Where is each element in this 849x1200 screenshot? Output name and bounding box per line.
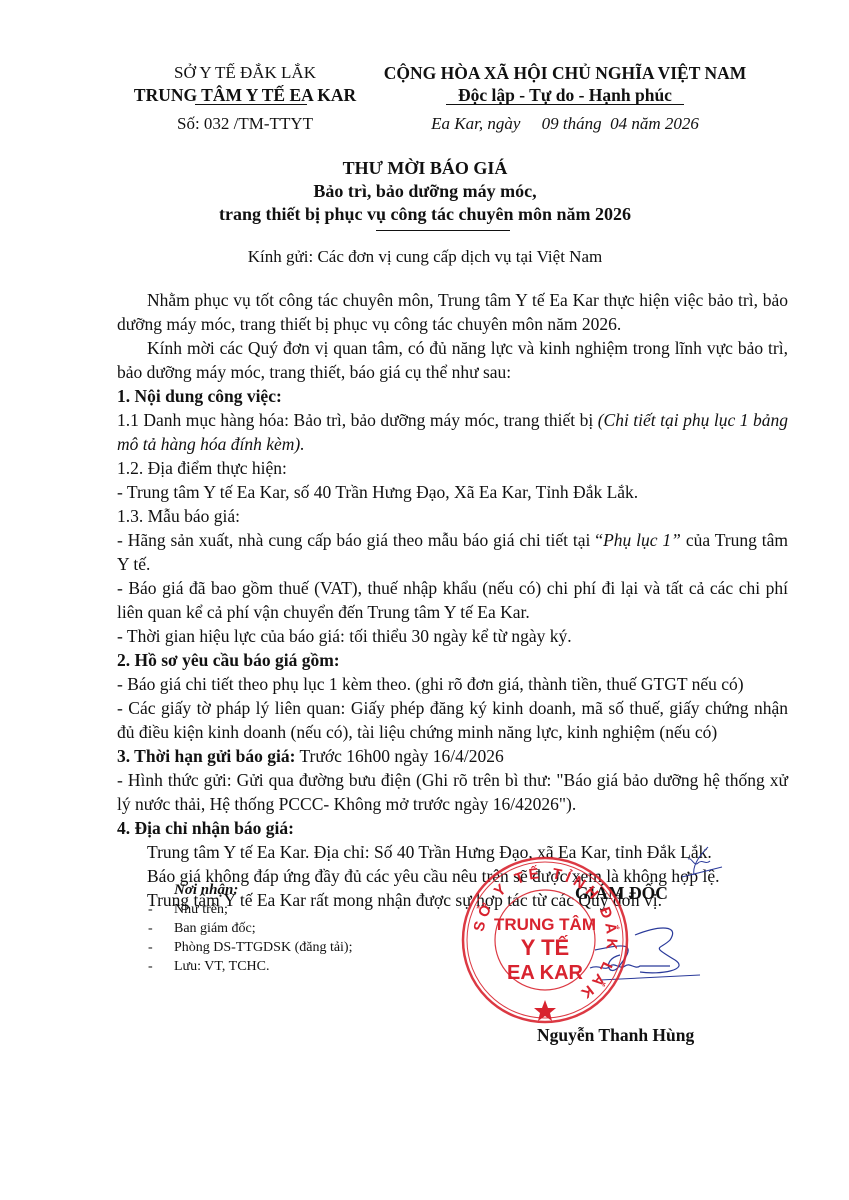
item-2-a: - Báo giá chi tiết theo phụ lục 1 kèm th… [117, 672, 788, 696]
item-1-3-a: - Hãng sản xuất, nhà cung cấp báo giá th… [117, 528, 788, 576]
motto: Độc lập - Tự do - Hạnh phúc [375, 84, 755, 106]
doc-number: Số: 032 /TM-TTYT [95, 113, 395, 135]
signer-name: Nguyễn Thanh Hùng [537, 1025, 694, 1046]
section-3-heading: 3. Thời hạn gửi báo giá: [117, 746, 295, 766]
recipients-title: Nơi nhận: [174, 881, 353, 900]
section-3-deadline: Trước 16h00 ngày 16/4/2026 [295, 746, 503, 766]
motto-underline [446, 104, 684, 105]
recipient-text: Phòng DS-TTGDSK (đăng tải); [174, 938, 353, 957]
item-1-3-b: - Báo giá đã bao gồm thuế (VAT), thuế nh… [117, 576, 788, 624]
recipient-text: Lưu: VT, TCHC. [174, 957, 269, 976]
section-3: 3. Thời hạn gửi báo giá: Trước 16h00 ngà… [117, 744, 788, 768]
item-1-2-label: 1.2. Địa điểm thực hiện: [117, 456, 788, 480]
doc-subtitle-1: Bảo trì, bảo dưỡng máy móc, [100, 180, 750, 203]
svg-text:TRUNG TÂM: TRUNG TÂM [494, 915, 596, 934]
title-block: THƯ MỜI BÁO GIÁ Bảo trì, bảo dưỡng máy m… [100, 157, 750, 226]
org-underline [195, 104, 307, 105]
doc-subtitle-2: trang thiết bị phục vụ công tác chuyên m… [100, 203, 750, 226]
section-2-heading: 2. Hồ sơ yêu cầu báo giá gồm: [117, 648, 788, 672]
item-1-2-value: - Trung tâm Y tế Ea Kar, số 40 Trần Hưng… [117, 480, 788, 504]
svg-text:EA KAR: EA KAR [507, 962, 583, 984]
recipient-item: -Lưu: VT, TCHC. [148, 957, 353, 976]
intro-paragraph-2: Kính mời các Quý đơn vị quan tâm, có đủ … [117, 336, 788, 384]
official-seal-icon: SỞ Y TẾ TỈNH ĐẮK LẮK TRUNG TÂM Y TẾ EA K… [460, 855, 630, 1025]
header-left: SỞ Y TẾ ĐẮK LẮK TRUNG TÂM Y TẾ EA KAR [95, 62, 395, 106]
addressee: Kính gửi: Các đơn vị cung cấp dịch vụ tạ… [100, 246, 750, 268]
section-1-heading: 1. Nội dung công việc: [117, 384, 788, 408]
intro-paragraph-1: Nhằm phục vụ tốt công tác chuyên môn, Tr… [117, 288, 788, 336]
doc-date: Ea Kar, ngày 09 tháng 04 năm 2026 [375, 113, 755, 135]
item-1-3-a-pre: - Hãng sản xuất, nhà cung cấp báo giá th… [117, 530, 603, 550]
recipient-item: -Phòng DS-TTGDSK (đăng tải); [148, 938, 353, 957]
item-1-1: 1.1 Danh mục hàng hóa: Bảo trì, bảo dưỡn… [117, 408, 788, 456]
letter-body: Nhằm phục vụ tốt công tác chuyên môn, Tr… [117, 288, 788, 912]
item-1-3-a-appendix: Phụ lục 1” [603, 530, 681, 550]
svg-text:Y TẾ: Y TẾ [521, 935, 570, 960]
item-2-b: - Các giấy tờ pháp lý liên quan: Giấy ph… [117, 696, 788, 744]
nation-title: CỘNG HÒA XÃ HỘI CHỦ NGHĨA VIỆT NAM [375, 62, 755, 84]
recipient-text: Như trên; [174, 900, 228, 919]
title-underline [376, 230, 510, 231]
recipients-block: Nơi nhận: -Như trên; -Ban giám đốc; -Phò… [148, 881, 353, 976]
recipients-list: -Như trên; -Ban giám đốc; -Phòng DS-TTGD… [148, 900, 353, 976]
section-3-method: - Hình thức gửi: Gửi qua đường bưu điện … [117, 768, 788, 816]
initial-mark-icon [680, 845, 725, 880]
org-name: TRUNG TÂM Y TẾ EA KAR [95, 84, 395, 106]
item-1-3-label: 1.3. Mẫu báo giá: [117, 504, 788, 528]
recipient-item: -Như trên; [148, 900, 353, 919]
header-right: CỘNG HÒA XÃ HỘI CHỦ NGHĨA VIỆT NAM Độc l… [375, 62, 755, 106]
doc-title: THƯ MỜI BÁO GIÁ [100, 157, 750, 180]
ministry-name: SỞ Y TẾ ĐẮK LẮK [95, 62, 395, 84]
recipient-item: -Ban giám đốc; [148, 919, 353, 938]
item-1-1-text: 1.1 Danh mục hàng hóa: Bảo trì, bảo dưỡn… [117, 410, 598, 430]
item-1-3-c: - Thời gian hiệu lực của báo giá: tối th… [117, 624, 788, 648]
section-4-heading: 4. Địa chỉ nhận báo giá: [117, 816, 788, 840]
recipient-text: Ban giám đốc; [174, 919, 256, 938]
